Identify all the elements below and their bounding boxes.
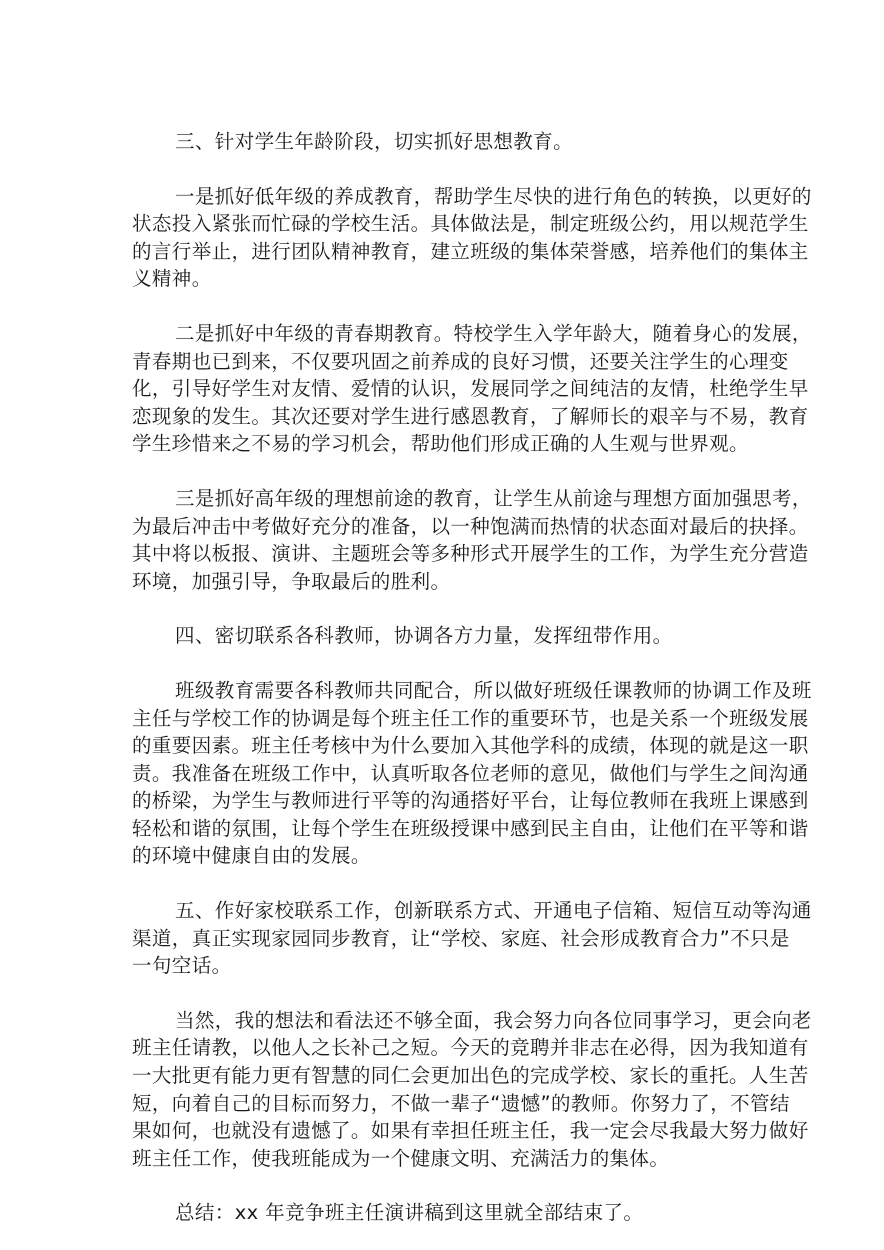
section-heading-3: 三、针对学生年龄阶段，切实抓好思想教育。 [132, 128, 756, 156]
text-line: 五、作好家校联系工作，创新联系方式、开通电子信箱、短信互动等沟通 [132, 897, 756, 925]
text-line: 一是抓好低年级的养成教育，帮助学生尽快的进行角色的转换，以更好的 [132, 183, 756, 211]
text-line: 三、针对学生年龄阶段，切实抓好思想教育。 [132, 128, 756, 156]
text-line: 一大批更有能力更有智慧的同仁会更加出色的完成学校、家长的重托。人生苦 [132, 1062, 756, 1090]
text-line: 状态投入紧张而忙碌的学校生活。具体做法是，制定班级公约，用以规范学生 [132, 210, 756, 238]
text-line: 化，引导好学生对友情、爱情的认识，发展同学之间纯洁的友情，杜绝学生早 [132, 375, 756, 403]
document-page: 三、针对学生年龄阶段，切实抓好思想教育。 一是抓好低年级的养成教育，帮助学生尽快… [132, 128, 756, 1250]
text-line: 的重要因素。班主任考核中为什么要加入其他学科的成绩，体现的就是这一职 [132, 732, 756, 760]
paragraph-lower-grade: 一是抓好低年级的养成教育，帮助学生尽快的进行角色的转换，以更好的 状态投入紧张而… [132, 183, 756, 293]
text-line: 当然，我的想法和看法还不够全面，我会努力向各位同事学习，更会向老 [132, 1007, 756, 1035]
text-line: 义精神。 [132, 265, 756, 293]
text-line: 三是抓好高年级的理想前途的教育，让学生从前途与理想方面加强思考， [132, 485, 756, 513]
text-line: 的环境中健康自由的发展。 [132, 842, 756, 870]
text-line: 班主任工作，使我班能成为一个健康文明、充满活力的集体。 [132, 1145, 756, 1173]
text-line: 果如何，也就没有遗憾了。如果有幸担任班主任，我一定会尽我最大努力做好 [132, 1117, 756, 1145]
text-line: 班级教育需要各科教师共同配合，所以做好班级任课教师的协调工作及班 [132, 677, 756, 705]
paragraph-teacher-coordination: 班级教育需要各科教师共同配合，所以做好班级任课教师的协调工作及班 主任与学校工作… [132, 677, 756, 870]
paragraph-home-school-contact: 五、作好家校联系工作，创新联系方式、开通电子信箱、短信互动等沟通 渠道，真正实现… [132, 897, 756, 980]
text-line: 环境，加强引导，争取最后的胜利。 [132, 568, 756, 596]
text-line: 学生珍惜来之不易的学习机会，帮助他们形成正确的人生观与世界观。 [132, 430, 756, 458]
text-line: 轻松和谐的氛围，让每个学生在班级授课中感到民主自由，让他们在平等和谐 [132, 815, 756, 843]
text-line: 的桥梁，为学生与教师进行平等的沟通搭好平台，让每位教师在我班上课感到 [132, 787, 756, 815]
text-line: 总结：xx 年竞争班主任演讲稿到这里就全部结束了。 [132, 1199, 756, 1227]
paragraph-middle-grade: 二是抓好中年级的青春期教育。特校学生入学年龄大，随着身心的发展， 青春期也已到来… [132, 320, 756, 458]
text-line: 短，向着自己的目标而努力，不做一辈子“遗憾”的教师。你努力了，不管结 [132, 1090, 756, 1118]
text-line: 四、密切联系各科教师，协调各方力量，发挥纽带作用。 [132, 622, 756, 650]
text-line: 青春期也已到来，不仅要巩固之前养成的良好习惯，还要关注学生的心理变 [132, 348, 756, 376]
text-line: 其中将以板报、演讲、主题班会等多种形式开展学生的工作，为学生充分营造 [132, 540, 756, 568]
text-line: 为最后冲击中考做好充分的准备，以一种饱满而热情的状态面对最后的抉择。 [132, 513, 756, 541]
paragraph-upper-grade: 三是抓好高年级的理想前途的教育，让学生从前途与理想方面加强思考， 为最后冲击中考… [132, 485, 756, 595]
text-line: 渠道，真正实现家园同步教育，让“学校、家庭、社会形成教育合力”不只是 [132, 925, 756, 953]
text-line: 二是抓好中年级的青春期教育。特校学生入学年龄大，随着身心的发展， [132, 320, 756, 348]
summary-line: 总结：xx 年竞争班主任演讲稿到这里就全部结束了。 [132, 1199, 756, 1227]
text-line: 班主任请教，以他人之长补己之短。今天的竞聘并非志在必得，因为我知道有 [132, 1034, 756, 1062]
section-heading-4: 四、密切联系各科教师，协调各方力量，发挥纽带作用。 [132, 622, 756, 650]
text-line: 一句空话。 [132, 952, 756, 980]
paragraph-conclusion: 当然，我的想法和看法还不够全面，我会努力向各位同事学习，更会向老 班主任请教，以… [132, 1007, 756, 1173]
text-line: 主任与学校工作的协调是每个班主任工作的重要环节，也是关系一个班级发展 [132, 705, 756, 733]
text-line: 的言行举止，进行团队精神教育，建立班级的集体荣誉感，培养他们的集体主 [132, 238, 756, 266]
text-line: 恋现象的发生。其次还要对学生进行感恩教育，了解师长的艰辛与不易，教育 [132, 403, 756, 431]
text-line: 责。我准备在班级工作中，认真听取各位老师的意见，做他们与学生之间沟通 [132, 760, 756, 788]
